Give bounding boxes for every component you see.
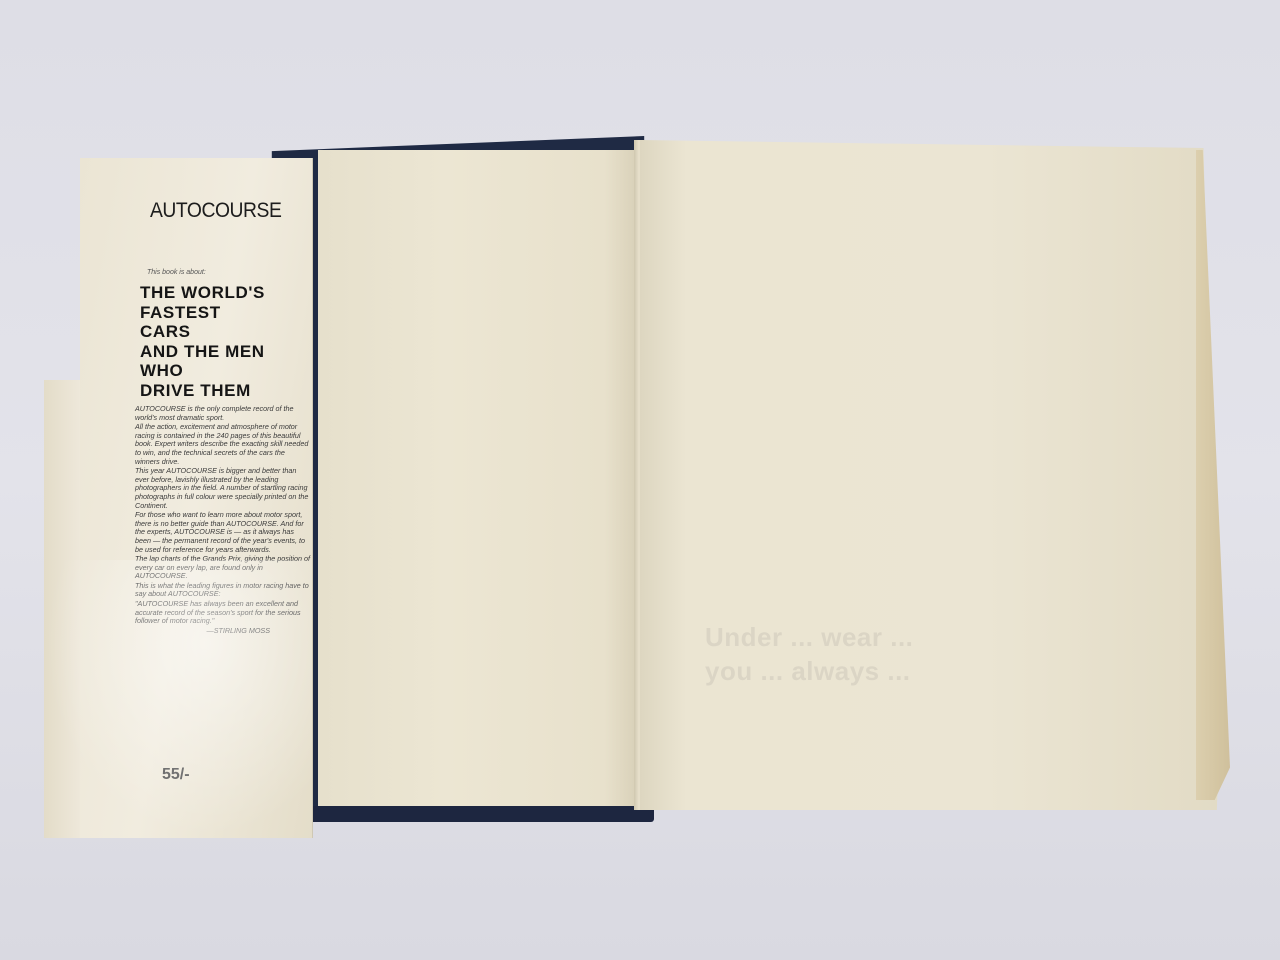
show-through-text: Under ... wear ... you ... always ... [705, 620, 1105, 688]
blurb-quote: "AUTOCOURSE has always been an excellent… [135, 600, 310, 626]
blurb-paragraph: All the action, excitement and atmospher… [135, 423, 310, 466]
intro-text: This book is about: [147, 269, 206, 276]
headline-line: CARS [140, 322, 310, 342]
dust-jacket-fold [44, 380, 84, 838]
price-label: 55/- [162, 766, 190, 784]
show-through-line: you ... always ... [705, 654, 1105, 688]
headline-line: THE WORLD'S [140, 283, 310, 303]
blurb-paragraph: This year AUTOCOURSE is bigger and bette… [135, 467, 310, 510]
blurb-paragraph: AUTOCOURSE is the only complete record o… [135, 405, 310, 422]
blurb: AUTOCOURSE is the only complete record o… [135, 405, 310, 636]
blurb-paragraph: This is what the leading figures in moto… [135, 582, 310, 599]
headline-line: WHO [140, 361, 310, 381]
right-endpaper [640, 140, 1218, 810]
blurb-paragraph: For those who want to learn more about m… [135, 511, 310, 554]
headline-line: AND THE MEN [140, 342, 310, 362]
show-through-line: Under ... wear ... [705, 620, 1105, 654]
quote-author: —STIRLING MOSS [135, 627, 310, 636]
left-endpaper [318, 150, 636, 806]
page-block-edge [1196, 150, 1230, 800]
headline: THE WORLD'S FASTEST CARS AND THE MEN WHO… [140, 283, 310, 400]
book-cover-bottom-edge [270, 806, 654, 822]
headline-line: FASTEST [140, 303, 310, 323]
brand-title: AUTOCOURSE [150, 199, 281, 223]
headline-line: DRIVE THEM [140, 381, 310, 401]
blurb-paragraph: The lap charts of the Grands Prix, givin… [135, 555, 310, 581]
photo-scene: Under ... wear ... you ... always ... AU… [0, 0, 1280, 960]
